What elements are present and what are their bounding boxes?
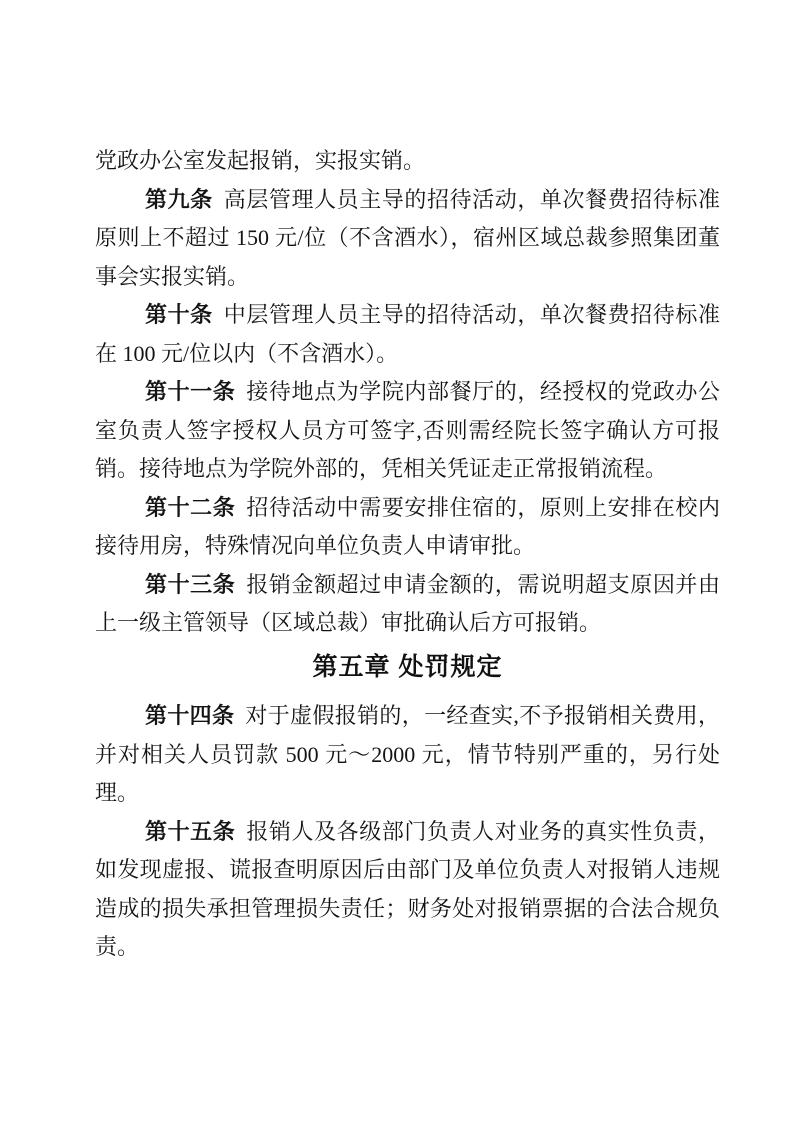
paragraph-continuation: 党政办公室发起报销，实报实销。 bbox=[95, 142, 720, 181]
article-14-label: 第十四条 bbox=[145, 703, 234, 728]
article-13: 第十三条报销金额超过申请金额的，需说明超支原因并由上一级主管领导（区域总裁）审批… bbox=[95, 566, 720, 643]
article-9-label: 第九条 bbox=[145, 187, 213, 212]
article-11: 第十一条接待地点为学院内部餐厅的，经授权的党政办公室负责人签字授权人员方可签字,… bbox=[95, 373, 720, 489]
chapter-heading: 第五章 处罚规定 bbox=[95, 648, 720, 687]
article-13-label: 第十三条 bbox=[145, 572, 235, 597]
article-12-label: 第十二条 bbox=[145, 495, 235, 520]
article-12: 第十二条招待活动中需要安排住宿的，原则上安排在校内接待用房，特殊情况向单位负责人… bbox=[95, 489, 720, 566]
article-10-label: 第十条 bbox=[145, 302, 213, 327]
article-10: 第十条中层管理人员主导的招待活动，单次餐费招待标准在 100 元/位以内（不含酒… bbox=[95, 296, 720, 373]
article-14: 第十四条对于虚假报销的，一经查实,不予报销相关费用，并对相关人员罚款 500 元… bbox=[95, 697, 720, 813]
article-9: 第九条高层管理人员主导的招待活动，单次餐费招待标准原则上不超过 150 元/位（… bbox=[95, 181, 720, 297]
article-11-label: 第十一条 bbox=[145, 379, 235, 404]
article-15-label: 第十五条 bbox=[145, 819, 235, 844]
article-15: 第十五条报销人及各级部门负责人对业务的真实性负责，如发现虚报、谎报查明原因后由部… bbox=[95, 813, 720, 967]
document-page: 党政办公室发起报销，实报实销。 第九条高层管理人员主导的招待活动，单次餐费招待标… bbox=[0, 0, 793, 1122]
